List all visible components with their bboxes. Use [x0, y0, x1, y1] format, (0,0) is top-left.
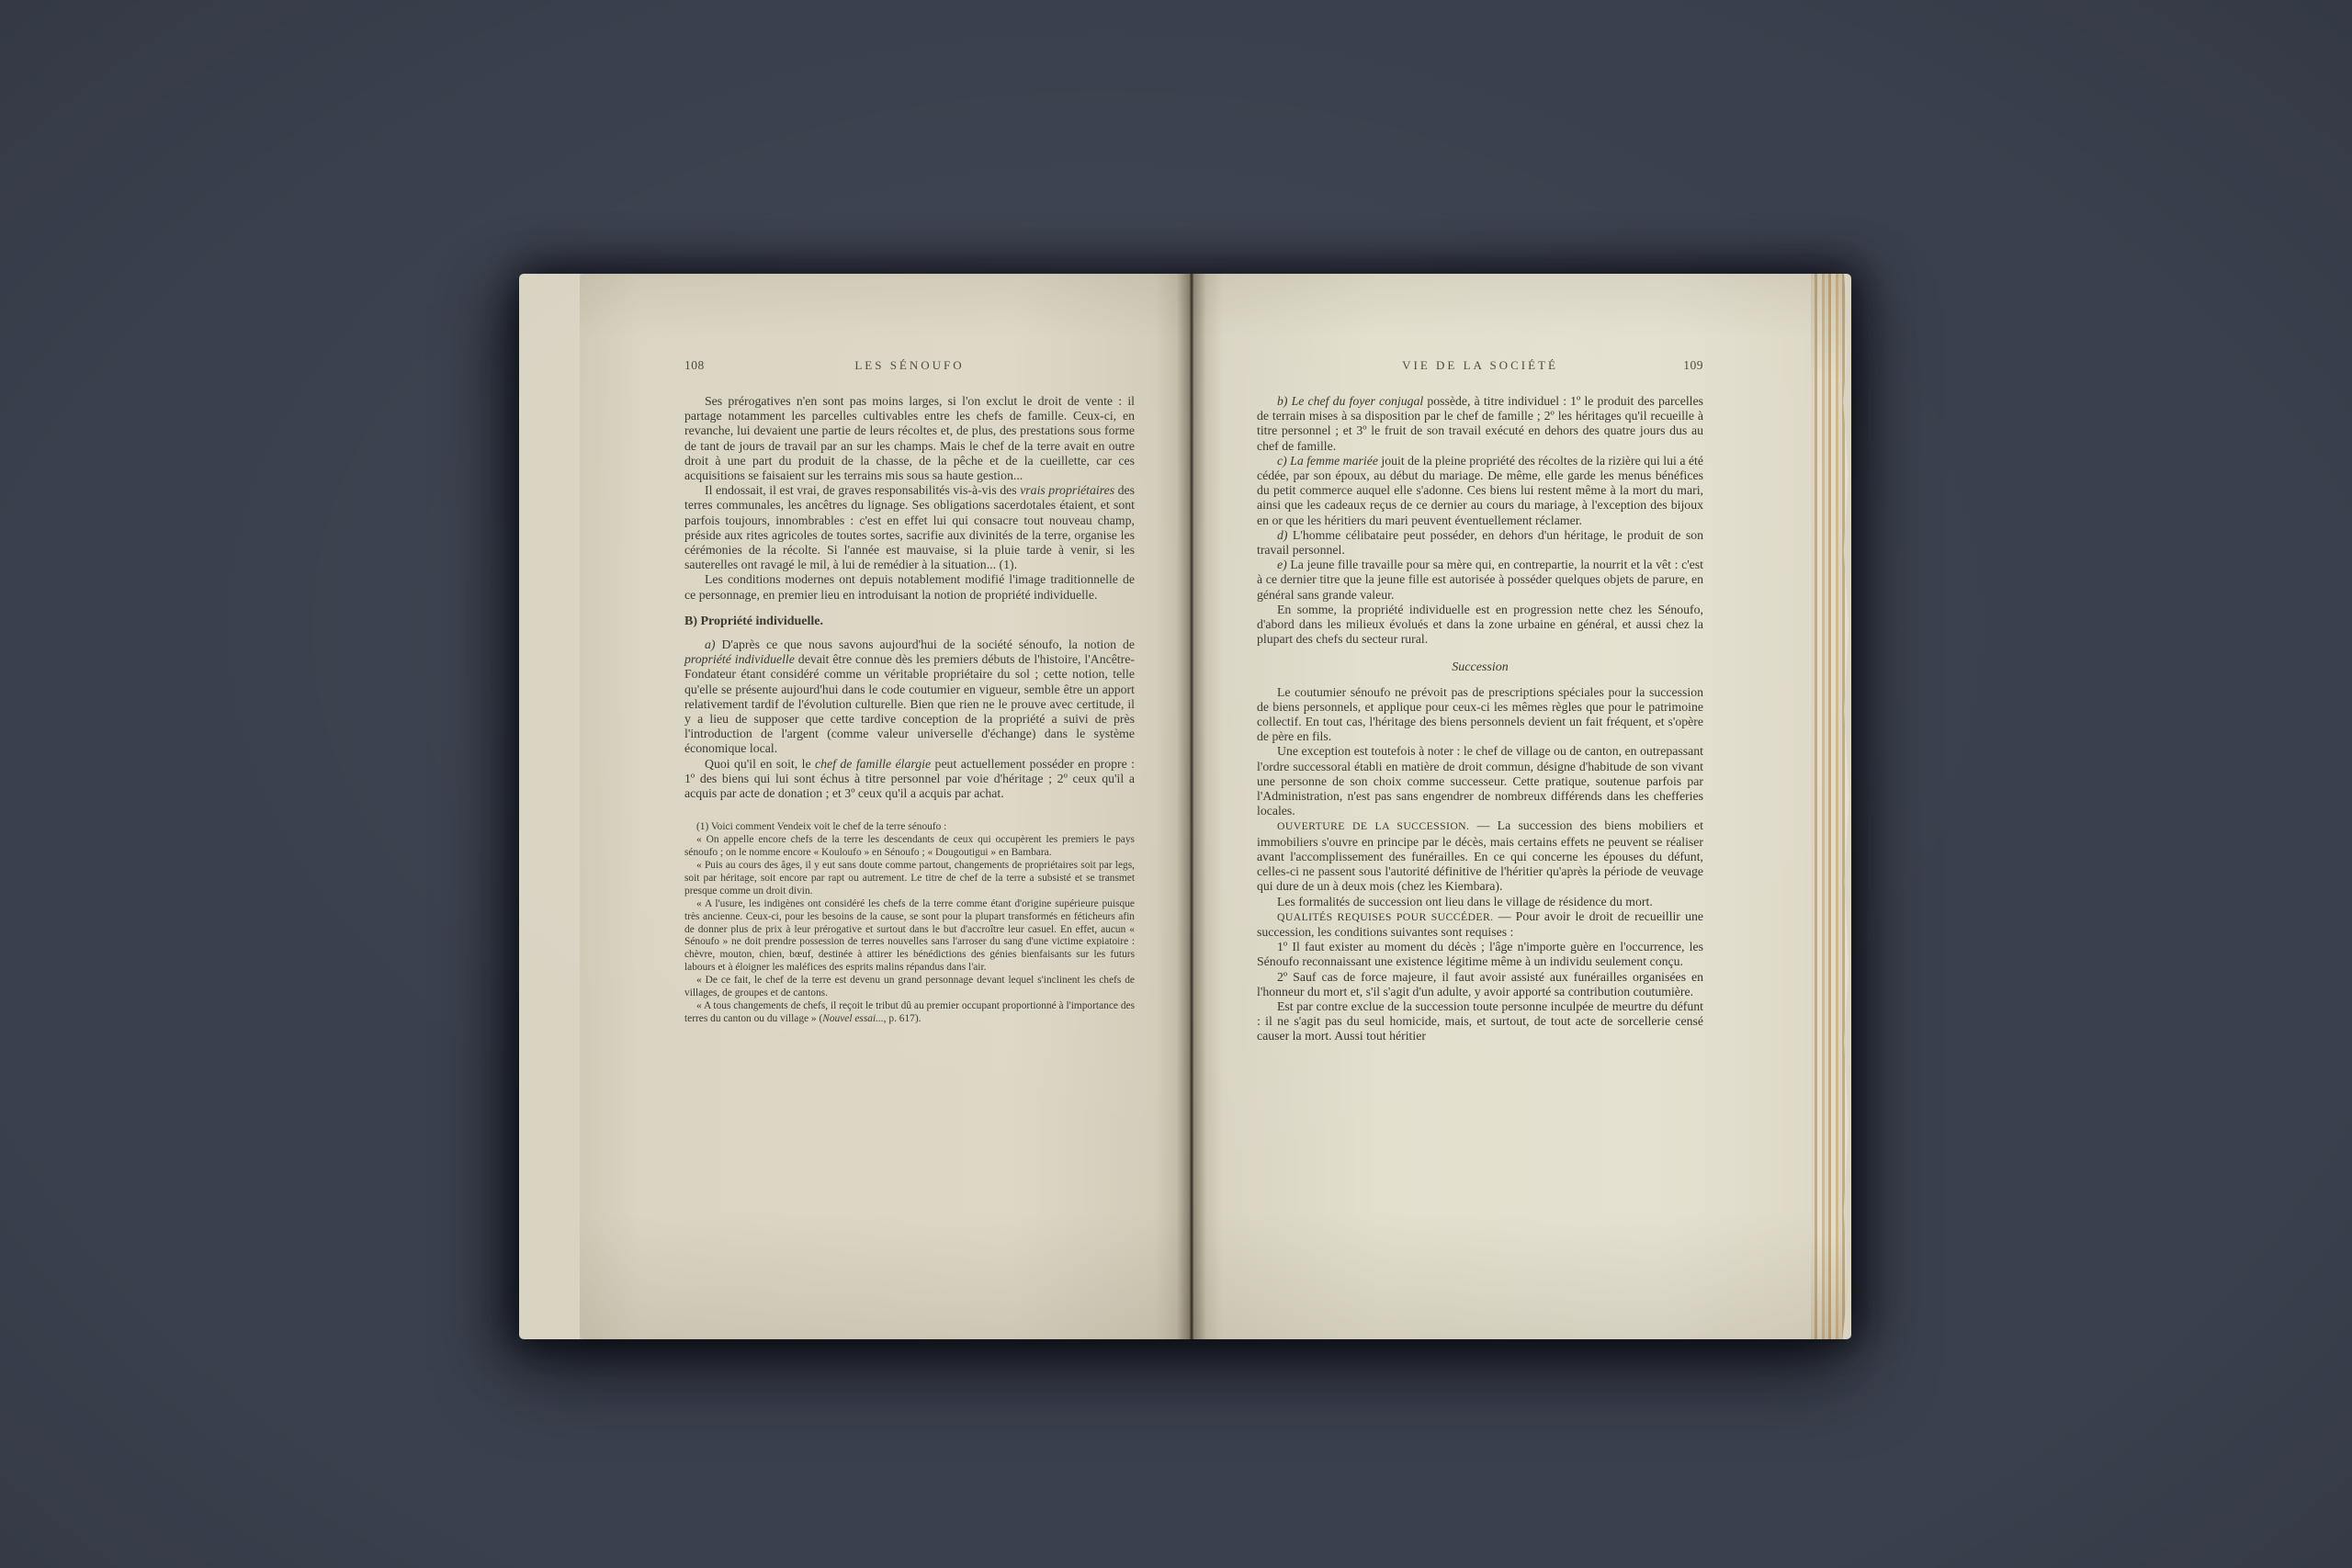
left-page: 108 LES SÉNOUFO Ses prérogatives n'en so… [580, 274, 1192, 1339]
right-page-header: VIE DE LA SOCIÉTÉ 109 [1257, 358, 1703, 374]
text-run: e) [1277, 558, 1287, 571]
text-run: b) Le chef du foyer conjugal [1277, 394, 1423, 408]
text-run: « On appelle encore chefs de la terre le… [684, 834, 1135, 858]
left-page-footnotes: (1) Voici comment Vendeix voit le chef d… [684, 821, 1135, 1026]
paragraph: a) D'après ce que nous savons aujourd'hu… [684, 637, 1135, 757]
text-run: Nouvel essai..., [822, 1013, 886, 1024]
text-run: chef de famille élargie [815, 757, 931, 771]
text-run: 2º Sauf cas de force majeure, il faut av… [1257, 970, 1703, 998]
footnote-paragraph: « De ce fait, le chef de la terre est de… [684, 975, 1135, 1000]
right-page-body: b) Le chef du foyer conjugal possède, à … [1257, 394, 1703, 1044]
text-run: Les formalités de succession ont lieu da… [1277, 895, 1653, 908]
text-run: Il endossait, il est vrai, de graves res… [705, 483, 1020, 497]
paragraph: QUALITÉS REQUISES POUR SUCCÉDER. — Pour … [1257, 909, 1703, 940]
paragraph: b) Le chef du foyer conjugal possède, à … [1257, 394, 1703, 454]
right-page: VIE DE LA SOCIÉTÉ 109 b) Le chef du foye… [1192, 274, 1811, 1339]
footnote-paragraph: « On appelle encore chefs de la terre le… [684, 834, 1135, 860]
text-run: Le coutumier sénoufo ne prévoit pas de p… [1257, 685, 1703, 744]
paragraph: Il endossait, il est vrai, de graves res… [684, 483, 1135, 572]
open-book: 108 LES SÉNOUFO Ses prérogatives n'en so… [519, 274, 1851, 1339]
paragraph: d) L'homme célibataire peut posséder, en… [1257, 528, 1703, 558]
text-run: a) [705, 637, 716, 651]
photo-background: { "scene": { "background_color": "#3a404… [0, 0, 2352, 1568]
footnote-paragraph: « Puis au cours des âges, il y eut sans … [684, 860, 1135, 898]
section-heading: B) Propriété individuelle. [684, 615, 1135, 629]
text-run: Est par contre exclue de la succession t… [1257, 999, 1703, 1043]
text-run: Quoi qu'il en soit, le [705, 757, 815, 771]
paragraph: 1º Il faut exister au moment du décès ; … [1257, 940, 1703, 969]
page-number-left: 108 [684, 358, 705, 373]
subsection-heading: Succession [1257, 660, 1703, 675]
text-run: Ses prérogatives n'en sont pas moins lar… [684, 394, 1135, 482]
paragraph: Ses prérogatives n'en sont pas moins lar… [684, 394, 1135, 483]
text-run: QUALITÉS REQUISES POUR SUCCÉDER. [1277, 911, 1494, 923]
text-run: L'homme célibataire peut posséder, en de… [1257, 528, 1703, 557]
text-run: Une exception est toutefois à noter : le… [1257, 744, 1703, 818]
footnote-paragraph: « A tous changements de chefs, il reçoit… [684, 1000, 1135, 1026]
running-header-right: VIE DE LA SOCIÉTÉ [1402, 358, 1558, 373]
text-run: En somme, la propriété individuelle est … [1257, 603, 1703, 646]
text-run: propriété individuelle [684, 652, 795, 666]
text-run: 1º Il faut exister au moment du décès ; … [1257, 940, 1703, 968]
text-run: La jeune fille travaille pour sa mère qu… [1257, 558, 1703, 601]
text-run: d) [1277, 528, 1288, 542]
paragraph: OUVERTURE DE LA SUCCESSION. — La success… [1257, 818, 1703, 894]
paragraph: En somme, la propriété individuelle est … [1257, 603, 1703, 648]
text-run: (1) Voici comment Vendeix voit le chef d… [696, 821, 946, 832]
text-run: p. 617). [887, 1013, 922, 1024]
footnote-paragraph: « A l'usure, les indigènes ont considéré… [684, 898, 1135, 975]
right-page-stacked-edges [1811, 274, 1851, 1339]
paragraph: Les conditions modernes ont depuis notab… [684, 572, 1135, 602]
paragraph: Les formalités de succession ont lieu da… [1257, 895, 1703, 909]
text-run: devait être connue dès les premiers débu… [684, 652, 1135, 755]
paragraph: Le coutumier sénoufo ne prévoit pas de p… [1257, 685, 1703, 745]
text-run: « De ce fait, le chef de la terre est de… [684, 975, 1135, 998]
text-run: Succession [1452, 660, 1508, 674]
paragraph: Quoi qu'il en soit, le chef de famille é… [684, 757, 1135, 802]
text-run: « Puis au cours des âges, il y eut sans … [684, 860, 1135, 897]
left-page-deckle-edge [519, 274, 580, 1339]
text-run: c) La femme mariée [1277, 454, 1378, 468]
left-page-header: 108 LES SÉNOUFO [684, 358, 1135, 374]
paragraph: Est par contre exclue de la succession t… [1257, 999, 1703, 1044]
text-run: vrais propriétaires [1020, 483, 1114, 497]
running-header-left: LES SÉNOUFO [854, 358, 964, 373]
text-run: « A l'usure, les indigènes ont considéré… [684, 898, 1135, 974]
text-run: OUVERTURE DE LA SUCCESSION. [1277, 820, 1469, 832]
footnote-paragraph: (1) Voici comment Vendeix voit le chef d… [684, 821, 1135, 834]
paragraph: c) La femme mariée jouit de la pleine pr… [1257, 454, 1703, 528]
text-run: D'après ce que nous savons aujourd'hui d… [716, 637, 1136, 651]
paragraph: 2º Sauf cas de force majeure, il faut av… [1257, 970, 1703, 999]
paragraph: e) La jeune fille travaille pour sa mère… [1257, 558, 1703, 603]
text-run: B) Propriété individuelle. [684, 615, 823, 628]
left-page-body: Ses prérogatives n'en sont pas moins lar… [684, 394, 1135, 801]
text-run: Les conditions modernes ont depuis notab… [684, 572, 1135, 601]
page-number-right: 109 [1683, 358, 1703, 373]
paragraph: Une exception est toutefois à noter : le… [1257, 744, 1703, 818]
